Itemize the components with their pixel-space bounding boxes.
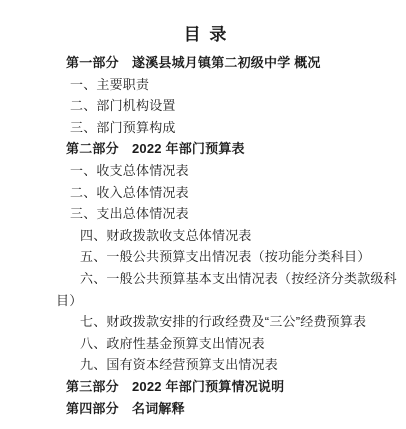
toc-list: 第一部分 遂溪县城月镇第二初级中学 概况一、主要职责二、部门机构设置三、部门预算… xyxy=(56,52,396,419)
toc-entry: 九、国有资本经营预算支出情况表 xyxy=(56,354,396,376)
toc-entry: 三、部门预算构成 xyxy=(56,117,396,139)
toc-entry: 三、支出总体情况表 xyxy=(56,203,396,225)
toc-page: 目 录 第一部分 遂溪县城月镇第二初级中学 概况一、主要职责二、部门机构设置三、… xyxy=(0,0,406,429)
toc-entry: 六、一般公共预算基本支出情况表（按经济分类款级科 xyxy=(56,268,396,290)
toc-entry-continuation: 目） xyxy=(56,290,396,312)
toc-entry: 一、主要职责 xyxy=(56,74,396,96)
toc-part-heading: 第三部分 2022 年部门预算情况说明 xyxy=(56,376,396,398)
toc-entry: 五、一般公共预算支出情况表（按功能分类科目） xyxy=(56,246,396,268)
toc-entry: 二、部门机构设置 xyxy=(56,95,396,117)
toc-part-heading: 第一部分 遂溪县城月镇第二初级中学 概况 xyxy=(56,52,396,74)
toc-entry: 八、政府性基金预算支出情况表 xyxy=(56,333,396,355)
page-title: 目 录 xyxy=(56,24,396,46)
toc-part-heading: 第二部分 2022 年部门预算表 xyxy=(56,138,396,160)
toc-entry: 四、财政拨款收支总体情况表 xyxy=(56,225,396,247)
toc-entry: 七、财政拨款安排的行政经费及“三公”经费预算表 xyxy=(56,311,396,333)
toc-entry: 二、收入总体情况表 xyxy=(56,182,396,204)
toc-entry: 一、收支总体情况表 xyxy=(56,160,396,182)
toc-part-heading: 第四部分 名词解释 xyxy=(56,398,396,420)
